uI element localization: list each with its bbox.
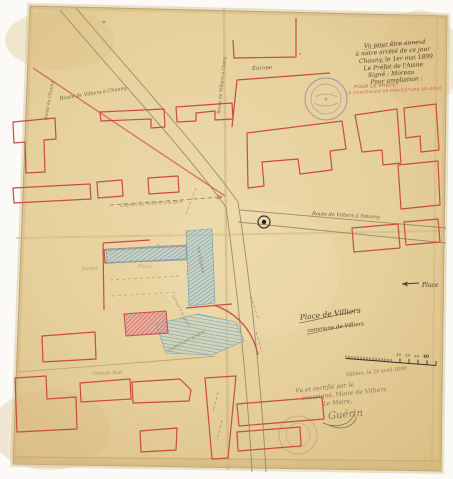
red-wash-parcel [124,311,168,336]
place-arrow-label: Place [421,282,439,289]
circular-stamp-icon [305,78,347,120]
scale-number: 10 [396,352,402,357]
scale-number: 30 [414,353,420,358]
place-small-label: Place [137,264,152,270]
scale-number: 40 [423,355,429,360]
plan-sheet-svg: Place 10 20 30 40 Vu pour être annexé à … [0,0,453,479]
jardin-label: Jardin [81,266,97,272]
rue-europe-label: Europe [251,65,273,72]
paper-speck [299,53,301,55]
paper-speck [157,244,159,246]
paper-speck [103,21,106,24]
scale-number: 20 [405,353,411,358]
scanned-plan-page: Place 10 20 30 40 Vu pour être annexé à … [0,0,453,479]
paper-stain [5,10,115,70]
grande-rue-label: Grande Rue [92,370,123,377]
